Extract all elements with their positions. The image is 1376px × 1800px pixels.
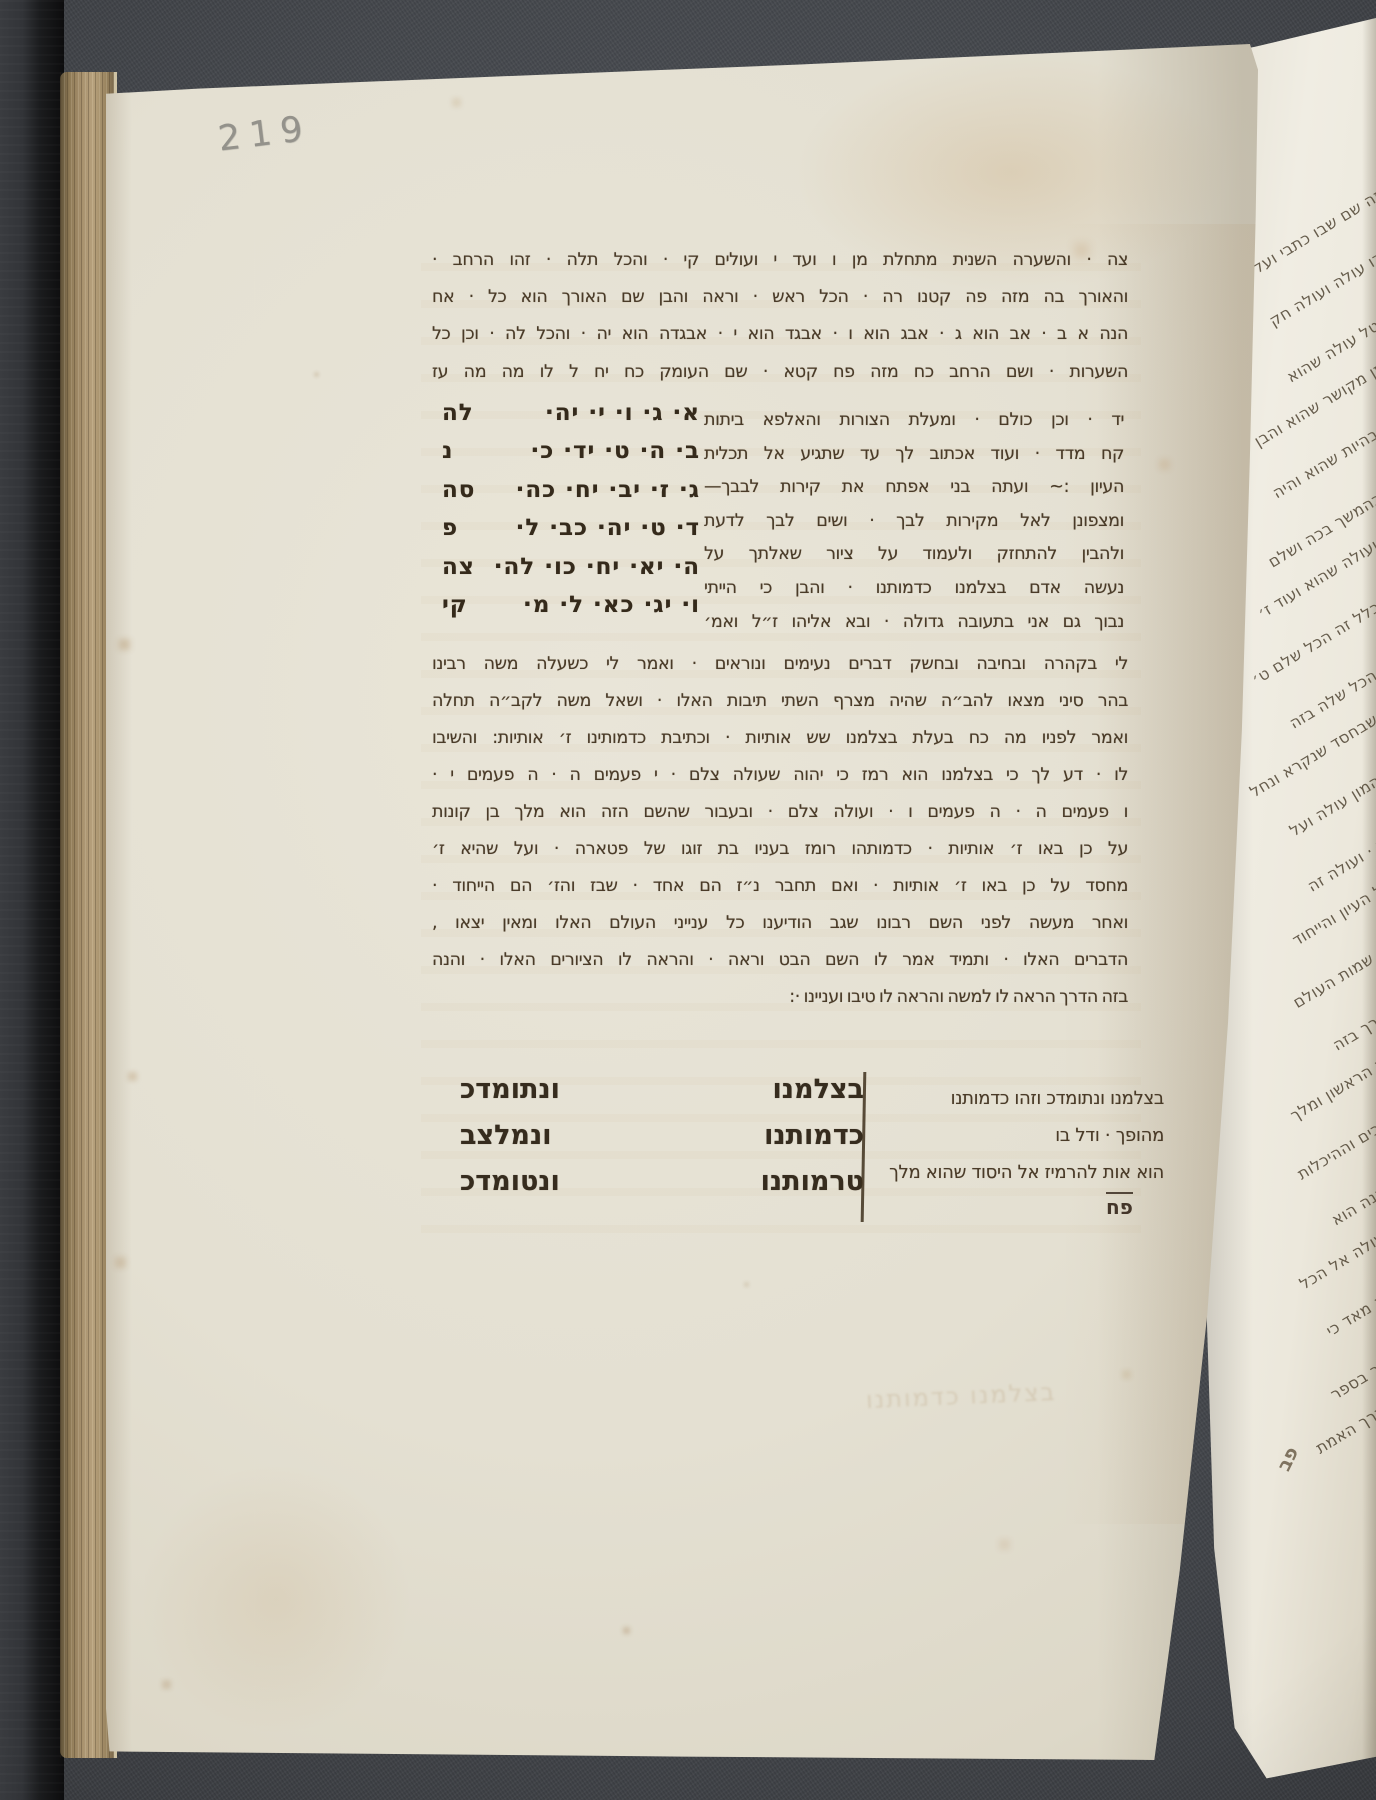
gematria-sum: פ <box>442 515 458 541</box>
text-line: הדברים האלו · ותמיד אמר לו השם הבט וראה … <box>432 942 1128 979</box>
gematria-sum: נ <box>442 438 453 464</box>
permutation-mirror: ונטומדכ <box>460 1166 560 1197</box>
gematria-sequence: ה· יא· יח· כו· לה· <box>494 554 700 580</box>
gematria-row: ב· ה· ט· יד· כ· נ <box>442 438 700 476</box>
text-line: נבוך גם אני בתעובה גדולה · ובא אליהו ז״ל… <box>704 606 1124 640</box>
gematria-sum: קי <box>442 592 468 618</box>
permutation-word: טרמותנו <box>761 1166 864 1197</box>
text-line: נעשה אדם בצלמנו כדמותנו · והבן כי הייתי <box>704 572 1124 606</box>
book-cover-edge <box>0 0 64 1800</box>
gematria-sequence: ו· יג· כא· ל· מ· <box>523 592 700 618</box>
text-line: העיון :~ ועתה בני אפתח את קירות לבבך— <box>704 471 1124 505</box>
foxing-spots <box>106 44 107 45</box>
gematria-sum: סה <box>442 477 475 503</box>
gematria-row: ה· יא· יח· כו· לה· צה <box>442 554 700 592</box>
page-curl-shade <box>1362 0 1376 1800</box>
gematria-sum: צה <box>442 554 475 580</box>
text-line: ואמר לפניו מה כח בעלת בצלמנו שש אותיות ·… <box>432 720 1128 757</box>
gematria-sum: לה <box>442 400 474 426</box>
text-line: מחסד על כן באו ז׳ אותיות · ואם תחבר נ״ז … <box>432 868 1128 905</box>
permutation-row: כדמותנו ונמלצב <box>460 1120 864 1166</box>
gematria-sequence: ג· ז· יב· יח· כה· <box>516 477 700 503</box>
note-mark: פח <box>1106 1192 1133 1219</box>
gematria-row: ג· ז· יב· יח· כה· סה <box>442 477 700 515</box>
text-line: ומצפונן לאל מקירות לבך · ושים לבך לדעת <box>704 505 1124 539</box>
permutation-word: בצלמנו <box>773 1074 864 1105</box>
offset-ghost-text: בצלמנו כדמותנו <box>865 1378 1056 1414</box>
text-line: קח מדד · ועוד אכתוב לך עד שתגיע אל תכלית <box>704 438 1124 472</box>
text-line: בהר סיני מצאו להב״ה שהיה מצרף השתי תיבות… <box>432 683 1128 720</box>
text-line: לו · דע לך כי בצלמנו הוא רמז כי יהוה שעו… <box>432 757 1128 794</box>
text-line: ו פעמים ה · ה פעמים ו · ועולה צלם · ובעב… <box>432 794 1128 831</box>
permutation-mirror: ונתומדכ <box>460 1074 560 1105</box>
text-line: יד · וכן כולם · ומעלת הצורות והאלפא ביתו… <box>704 404 1124 438</box>
note-line: הוא אות להרמיז אל היסוד שהוא מלך <box>876 1154 1164 1191</box>
text-line: והאורך בה מזה פה קטנו רה · הכל ראש · ורא… <box>432 279 1128 316</box>
gematria-sequence: א· ג· ו· י· יה· <box>545 400 700 426</box>
text-line: על כן באו ז׳ אותיות · כדמותהו רומז בעניו… <box>432 831 1128 868</box>
page-inner-shade-left <box>106 44 132 1760</box>
gematria-sequence: ד· ט· יה· כב· ל· <box>516 515 700 541</box>
permutation-row: טרמותנו ונטומדכ <box>460 1166 864 1212</box>
main-text-beside-table: יד · וכן כולם · ומעלת הצורות והאלפא ביתו… <box>704 404 1124 639</box>
manuscript-photograph: שבט זה שם שבו כתבי ועל ושם שבו עולה ועול… <box>0 0 1376 1800</box>
gematria-row: ד· ט· יה· כב· ל· פ <box>442 515 700 553</box>
note-line: מהופך · ודל בו <box>876 1117 1164 1154</box>
text-line: צה · והשערה השנית מתחלת מן ו ועד י ועולי… <box>432 242 1128 279</box>
main-text-upper: צה · והשערה השנית מתחלת מן ו ועד י ועולי… <box>432 242 1128 391</box>
folio-number-pencil: 219 <box>216 108 314 159</box>
gematria-row: ו· יג· כא· ל· מ· קי <box>442 592 700 630</box>
marginal-note: בצלמנו ונתומדכ וזהו כדמותנו מהופך · ודל … <box>876 1080 1164 1191</box>
text-line: ואחר מעשה לפני השם רבונו שגב הודיענו כל … <box>432 905 1128 942</box>
note-line: בצלמנו ונתומדכ וזהו כדמותנו <box>876 1080 1164 1117</box>
manuscript-page: 219 צה · והשערה השנית מתחלת מן ו ועד י ו… <box>106 44 1258 1760</box>
gematria-table: א· ג· ו· י· יה· לה ב· ה· ט· יד· כ· נ ג· … <box>442 400 700 630</box>
permutation-row: בצלמנו ונתומדכ <box>460 1074 864 1120</box>
text-line: בזה הדרך הראה לו למשה והראה לו טיבו ועני… <box>432 979 1128 1016</box>
permutation-table: בצלמנו ונתומדכ כדמותנו ונמלצב טרמותנו ונ… <box>460 1074 864 1212</box>
permutation-word: כדמותנו <box>764 1120 864 1151</box>
text-line: לי בקהרה ובחיבה ובחשק דברים נעימים ונורא… <box>432 646 1128 683</box>
text-line: הנה א ב · אב הוא ג · אבג הוא ו · אבגד הו… <box>432 316 1128 353</box>
text-line: השערות · ושם הרחב כח מזה פח קטא · שם העו… <box>432 354 1128 391</box>
gematria-row: א· ג· ו· י· יה· לה <box>442 400 700 438</box>
main-text-lower: לי בקהרה ובחיבה ובחשק דברים נעימים ונורא… <box>432 646 1128 1016</box>
text-line: ולהבין להתחזק ולעמוד על ציור שאלתך על <box>704 538 1124 572</box>
gematria-sequence: ב· ה· ט· יד· כ· <box>531 438 701 464</box>
permutation-mirror: ונמלצב <box>460 1120 551 1151</box>
stain-wash <box>141 1464 411 1734</box>
